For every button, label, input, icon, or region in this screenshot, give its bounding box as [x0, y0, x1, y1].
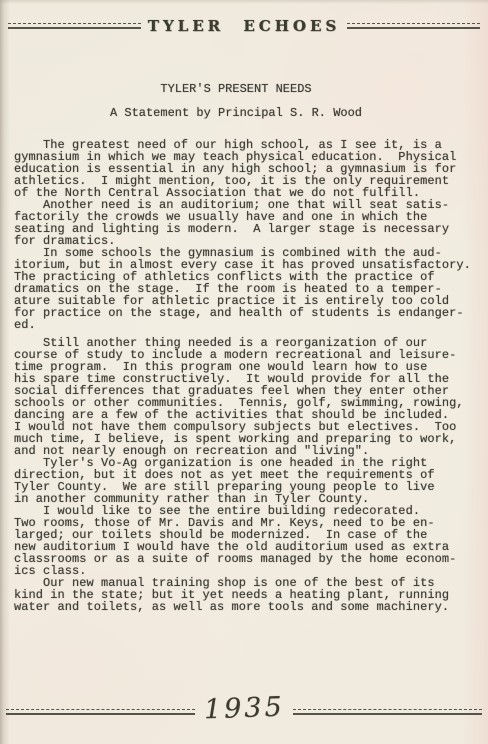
- article-title: TYLER'S PRESENT NEEDS: [0, 83, 472, 95]
- paragraph-manual-shop: Our new manual training shop is one of t…: [14, 577, 480, 613]
- paragraph-combined-gym: In some schools the gymnasium is combine…: [14, 247, 480, 331]
- article-byline: A Statement by Principal S. R. Wood: [0, 107, 472, 119]
- paragraph-course-of-study: Still another thing needed is a reorgani…: [14, 337, 480, 457]
- masthead-rule-right: [347, 23, 480, 29]
- footer-rule-right: [293, 709, 482, 715]
- masthead-rule-left: [8, 23, 141, 29]
- paragraph-gymnasium: The greatest need of our high school, as…: [14, 139, 480, 199]
- footer-year: 1935: [203, 694, 285, 724]
- paragraph-building: I would like to see the entire building …: [14, 505, 480, 577]
- scanned-yearbook-page: TYLER ECHOES TYLER'S PRESENT NEEDS A Sta…: [0, 0, 488, 744]
- masthead-title: TYLER ECHOES: [148, 17, 340, 35]
- footer-rule-left: [6, 709, 195, 715]
- paragraph-vo-ag: Tyler's Vo-Ag organization is one headed…: [14, 457, 480, 505]
- article-body: The greatest need of our high school, as…: [14, 139, 480, 613]
- page-footer: 1935: [0, 698, 488, 725]
- paragraph-auditorium: Another need is an auditorium; one that …: [14, 199, 480, 247]
- masthead: TYLER ECHOES: [0, 17, 488, 35]
